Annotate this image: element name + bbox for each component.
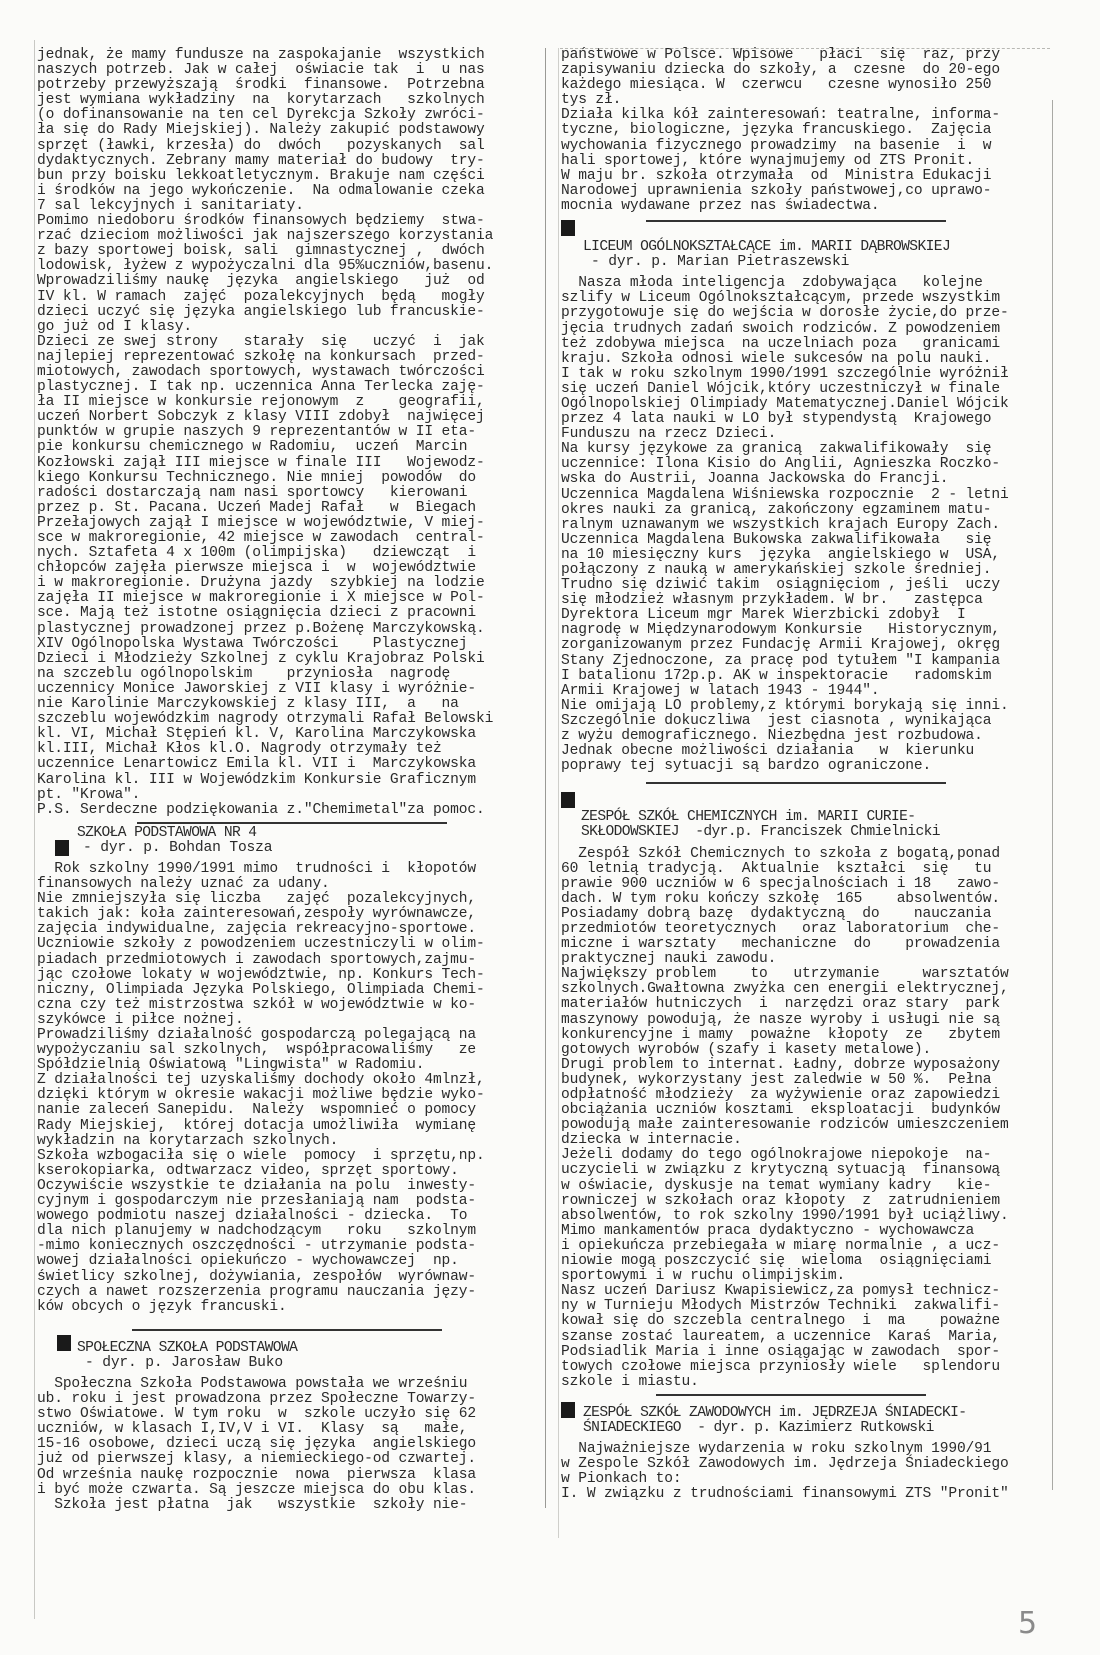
text-line: nanie zaleceń Sanepidu. Należy wspomnieć… <box>37 1103 532 1118</box>
text-line: świetlicy szkolnej, dożywiania, zespołów… <box>37 1270 532 1285</box>
text-line: powodują małe zainteresowanie rodziców u… <box>561 1118 1071 1133</box>
text-line: uczeń Norbert Sobczyk z klasy VIII zdoby… <box>37 410 532 425</box>
text-line: tyczne, biologiczne, języka francuskiego… <box>561 123 1071 138</box>
text-line: na szczeblu ogólnopolskim przyniosła nag… <box>37 667 532 682</box>
section-separator <box>132 1329 442 1331</box>
text-line: przedmiotów teoretycznych oraz laborator… <box>561 922 1071 937</box>
text-line: Dyrektora Liceum mgr Marek Wierzbicki zd… <box>561 608 1071 623</box>
section-director: - dyr. p. Bohdan Tosza <box>37 841 532 856</box>
section-separator <box>656 1394 926 1396</box>
text-line: kl. VI, Michał Stępień kl. V, Karolina M… <box>37 727 532 742</box>
column-divider <box>545 48 546 1508</box>
text-line: 60 letnią tradycją. Aktualnie kształci s… <box>561 862 1071 877</box>
text-line: Najważniejsze wydarzenia w roku szkolnym… <box>561 1442 1071 1457</box>
section-title: ZESPÓŁ SZKÓŁ CHEMICZNYCH im. MARII CURIE… <box>561 810 1071 825</box>
text-line: Jeżeli dodamy do tego ogólnokrajowe niep… <box>561 1148 1071 1163</box>
column-divider-secondary <box>558 48 559 1538</box>
text-line: sprzęt (ławki, krzesła) do dwóch pozyska… <box>37 139 532 154</box>
text-line: jest wymiana wykładziny na korytarzach s… <box>37 93 532 108</box>
text-line: szczeblu wojewódzkim nagrody otrzymali R… <box>37 712 532 727</box>
text-line: wska do Austrii, Joanna Jackowska do Fra… <box>561 472 1071 487</box>
text-line: Trudno się dziwić takim osiągnięciom , j… <box>561 578 1071 593</box>
text-line: Szkoła wzbogaciła się o wiele pomocy i s… <box>37 1149 532 1164</box>
text-line: zapisywaniu dziecka do szkoły, a czesne … <box>561 63 1071 78</box>
section-bullet-icon <box>561 220 575 236</box>
text-line: Szczególnie dokuczliwa jest ciasnota , w… <box>561 714 1071 729</box>
text-line: Prowadziliśmy działalność gospodarczą po… <box>37 1028 532 1043</box>
text-line: piadach przedmiotowych i zawodach sporto… <box>37 953 532 968</box>
text-line: dach. W tym roku kończy szkołę 165 absol… <box>561 892 1071 907</box>
text-line: kiego Konkursu Technicznego. Nie mniej p… <box>37 471 532 486</box>
text-line: Uczniowie szkoły z powodzeniem uczestnic… <box>37 937 532 952</box>
text-line: materiałów hutniczych i narzędzi oraz st… <box>561 997 1071 1012</box>
text-line: plastycznej. I tak np. uczennica Anna Te… <box>37 380 532 395</box>
text-line: gotowych wyrobów (szafy i kasety metalow… <box>561 1043 1071 1058</box>
text-line: prawie 900 uczniów w 6 specjalnościach i… <box>561 877 1071 892</box>
text-line: ub. roku i jest prowadzona przez Społecz… <box>37 1392 532 1407</box>
text-line: finansowych należy uznać za udany. <box>37 877 532 892</box>
section-bullet-icon <box>561 1402 575 1418</box>
text-line: Uczennica Magdalena Bukowska zakwalifiko… <box>561 533 1071 548</box>
section-title-continued: ŚNIADECKIEGO - dyr. p. Kazimierz Rutkows… <box>561 1421 1071 1436</box>
text-line: dla nich planujemy w nadchodzącym roku s… <box>37 1224 532 1239</box>
text-line: konkurencyjne i mamy poważne kłopoty ze … <box>561 1028 1071 1043</box>
text-line: dzieci uczyć się języka angielskiego lub… <box>37 305 532 320</box>
text-line: odpłatność młodzieży za wyżywienie oraz … <box>561 1088 1071 1103</box>
text-line: Dzieci ze swej strony starały się uczyć … <box>37 335 532 350</box>
section-header-ssp: SPOŁECZNA SZKOŁA PODSTAWOWA - dyr. p. Ja… <box>37 1341 532 1371</box>
text-line: I batalionu 172p.p. AK w inspektoracie r… <box>561 669 1071 684</box>
text-line: i w makroregionie. Drużyna jazdy szybkie… <box>37 576 532 591</box>
text-line: Działa kilka kół zainteresowań: teatraln… <box>561 108 1071 123</box>
text-line: nagrodę w Międzynarodowym Konkursie Hist… <box>561 623 1071 638</box>
text-line: miczne i warsztaty mechaniczne do prowad… <box>561 937 1071 952</box>
text-line: I. W związku z trudnościami finansowymi … <box>561 1487 1071 1502</box>
text-line: go już od I klasy. <box>37 320 532 335</box>
text-line: ralnym uznawanym we wszystkich krajach E… <box>561 518 1071 533</box>
section-bullet-icon <box>55 840 69 856</box>
text-line: dziecka w internacie. <box>561 1133 1071 1148</box>
text-line: dydaktycznych. Zebrany mamy materiał do … <box>37 154 532 169</box>
text-line: Spółdzielnią Oświatową "Lingwista" w Rad… <box>37 1058 532 1073</box>
section-title-continued: SKŁODOWSKIEJ -dyr.p. Franciszek Chmielni… <box>561 825 1071 840</box>
text-line: szkolnych.Gwałtowna zwyżka cen energii e… <box>561 982 1071 997</box>
text-line: rowniczej w szkołach oraz kłopoty z zatr… <box>561 1194 1071 1209</box>
text-line: sce. Mają też istotne osiągnięcia dzieci… <box>37 606 532 621</box>
text-line: już od pierwszej klasy, a niemieckiego-o… <box>37 1452 532 1467</box>
text-line: sportowymi i w ruchu olimpijskim. <box>561 1269 1071 1284</box>
text-line: takich jak: koła zainteresowań,zespoły w… <box>37 907 532 922</box>
text-line: -mimo koniecznych oszczędności - utrzyma… <box>37 1239 532 1254</box>
text-line: ła II miejsce w konkursie rejonowym z ge… <box>37 395 532 410</box>
text-line: Nasza młoda inteligencja zdobywająca kol… <box>561 276 1071 291</box>
text-line: wykładzin na korytarzach szkolnych. <box>37 1134 532 1149</box>
text-line: najlepiej reprezentować szkołę na konkur… <box>37 350 532 365</box>
text-line: Narodowej uprawnienia szkoły państwowej,… <box>561 184 1071 199</box>
text-line: okres nauki za granicą, zakończony egzam… <box>561 503 1071 518</box>
text-line: Drugi problem to internat. Ładny, dobrze… <box>561 1058 1071 1073</box>
text-line: Ogólnopolskiej Olimpiady Matematycznej.D… <box>561 397 1071 412</box>
left-intro-text: jednak, że mamy fundusze na zaspokajanie… <box>37 48 532 818</box>
text-line: tys zł. <box>561 93 1071 108</box>
section-bullet-icon <box>57 1335 71 1351</box>
text-line: i opiekuńcza przebiegała w miarę normaln… <box>561 1239 1071 1254</box>
text-line: Zespół Szkół Chemicznych to szkoła z bog… <box>561 847 1071 862</box>
text-line: Kozłowski zajął III miejsce w finale III… <box>37 456 532 471</box>
text-line: bun przy boisku lekkoatletycznym. Brakuj… <box>37 169 532 184</box>
text-line: uczennice: Ilona Kisio do Anglii, Agnies… <box>561 457 1071 472</box>
text-line: naszych potrzeb. Jak w całej oświacie ta… <box>37 63 532 78</box>
text-line: dzięki którym w okresie wakacji możliwe … <box>37 1088 532 1103</box>
text-line: kował się do szczebla centralnego i ma p… <box>561 1314 1071 1329</box>
text-line: pie konkursu chemicznego w Radomiu, ucze… <box>37 440 532 455</box>
text-line: z wyżu demograficznego. Niezbędna jest r… <box>561 729 1071 744</box>
text-line: nie Karolinie Marczykowskiej z klasy III… <box>37 697 532 712</box>
text-line: każdego miesiąca. W czerwcu czesne wynos… <box>561 78 1071 93</box>
text-line: cyjnym i gospodarczym nie przesłaniają n… <box>37 1194 532 1209</box>
text-line: radości dostarczają nam nasi sportowcy k… <box>37 486 532 501</box>
text-line: się młodzież własnym przykładem. W br. z… <box>561 593 1071 608</box>
text-line: punktów w grupie naszych 9 reprezentantó… <box>37 425 532 440</box>
text-line: absolwentów, to rok szkolny 1990/1991 by… <box>561 1209 1071 1224</box>
text-line: zorganizowanym przez Fundację Armii Kraj… <box>561 638 1071 653</box>
text-line: lodowisk, łyżew z wypożyczalni dla 95%uc… <box>37 259 532 274</box>
text-line: Szkoła jest płatna jak wszystkie szkoły … <box>37 1498 532 1513</box>
text-line: Społeczna Szkoła Podstawowa powstała we … <box>37 1377 532 1392</box>
text-line: chłopców zajęła pierwsze miejsca i w woj… <box>37 561 532 576</box>
section-body-zsch: Zespół Szkół Chemicznych to szkoła z bog… <box>561 847 1071 1390</box>
text-line: przez 4 lata nauki w LO był stypendystą … <box>561 412 1071 427</box>
section-title: SPOŁECZNA SZKOŁA PODSTAWOWA <box>37 1341 532 1356</box>
text-line: Wprowadziliśmy naukę języka angielskiego… <box>37 274 532 289</box>
text-line: szkole i miastu. <box>561 1375 1071 1390</box>
text-line: potrzeby przewyższają środki finansowe. … <box>37 78 532 93</box>
text-line: stwo Oświatowe. W tym roku w szkole uczy… <box>37 1407 532 1422</box>
text-line: Rok szkolny 1990/1991 mimo trudności i k… <box>37 862 532 877</box>
text-line: Nie zmniejszyła się liczba zajęć pozalek… <box>37 892 532 907</box>
section-header-zsz: ZESPÓŁ SZKÓŁ ZAWODOWYCH im. JĘDRZEJA ŚNI… <box>561 1394 1071 1436</box>
text-line: obciążania uczniów kosztami eksploatacji… <box>561 1103 1071 1118</box>
text-line: Stany Zjednoczone, za pracę pod tytułem … <box>561 654 1071 669</box>
text-line: szlify w Liceum Ogólnokształcącym, przed… <box>561 291 1071 306</box>
text-line: uczycieli w związku z krytyczną sytuacją… <box>561 1163 1071 1178</box>
text-line: i być może czwarta. Są jeszcze miejsca d… <box>37 1483 532 1498</box>
text-line: budynek, wykorzystany jest zaledwie w 50… <box>561 1073 1071 1088</box>
text-line: W maju br. szkoła otrzymała od Ministra … <box>561 169 1071 184</box>
text-line: połączony z nauką w amerykańskiej szkole… <box>561 563 1071 578</box>
left-margin-line <box>34 40 35 1619</box>
text-line: jęcia trudnych zadań swoich rodziców. Z … <box>561 322 1071 337</box>
text-line: niczny, Olimpiada Języka Polskiego, Olim… <box>37 983 532 998</box>
text-line: niowie mogą poszczycić się wieloma osiąg… <box>561 1254 1071 1269</box>
text-line: w Pionkach to: <box>561 1472 1071 1487</box>
section-title: SZKOŁA PODSTAWOWA NR 4 <box>37 826 532 841</box>
text-line: uczennice Lenartowicz Emila kl. VII i Ma… <box>37 757 532 772</box>
section-body-zsz: Najważniejsze wydarzenia w roku szkolnym… <box>561 1442 1071 1502</box>
text-line: w oświacie, dyskusje na temat wymiany ka… <box>561 1179 1071 1194</box>
text-line: Nasz uczeń Dariusz Kwapisiewicz,za pomys… <box>561 1284 1071 1299</box>
text-line: wowej działalności opiekuńczo - wychowaw… <box>37 1254 532 1269</box>
text-line: szykówce i piłce nożnej. <box>37 1013 532 1028</box>
text-line: towych czołowe miejsca przyniosły wiele … <box>561 1360 1071 1375</box>
text-line: przez p. St. Pacana. Uczeń Madej Rafał w… <box>37 501 532 516</box>
text-line: plastycznej prowadzonej przez p.Bożenę M… <box>37 622 532 637</box>
text-line: (o dofinansowanie na ten cel Dyrekcja Sz… <box>37 108 532 123</box>
text-line: Oczywiście wszystkie te działania na pol… <box>37 1179 532 1194</box>
text-line: Największy problem to utrzymanie warszta… <box>561 967 1071 982</box>
text-line: szanse zostać laureatem, a uczennice Kar… <box>561 1330 1071 1345</box>
text-line: kl.III, Michał Kłos kl.O. Nagrody otrzym… <box>37 742 532 757</box>
text-line: Rady Miejskiej, której dotacja umożliwił… <box>37 1119 532 1134</box>
text-line: wychowania fizycznego prowadzimy na base… <box>561 139 1071 154</box>
text-line: z bazy sportowej boisk, sali gimnastyczn… <box>37 244 532 259</box>
text-line: jąc czołowe lokaty w województwie, np. K… <box>37 968 532 983</box>
text-line: Dzieci i Młodzieży Szkolnej z cyklu Kraj… <box>37 652 532 667</box>
text-line: Od września naukę rozpocznie nowa pierws… <box>37 1468 532 1483</box>
text-line: rzać dzieciom możliwości jak najszerszeg… <box>37 229 532 244</box>
text-line: na 10 miesięczny kurs języka angielskieg… <box>561 548 1071 563</box>
text-line: Nie omijają LO problemy,z którymi boryka… <box>561 699 1071 714</box>
text-line: Uczennica Magdalena Wiśniewska rozpoczni… <box>561 488 1071 503</box>
text-line: uczennicy Monice Jaworskiej z VII klasy … <box>37 682 532 697</box>
text-line: ła się do Rady Miejskiej). Należy zakupi… <box>37 123 532 138</box>
text-line: zajęcia indywidualne, zajęcia rekreacyjn… <box>37 922 532 937</box>
text-line: Pomimo niedoboru środków finansowych będ… <box>37 214 532 229</box>
text-line: maszynowy powodują, że nasze wyroby i us… <box>561 1013 1071 1028</box>
section-separator <box>646 782 946 784</box>
text-line: XIV Ogólnopolska Wystawa Twórczości Plas… <box>37 637 532 652</box>
text-line: praktycznej nauki zawodu. <box>561 952 1071 967</box>
text-line: też zdobywa miejsca na uczelniach poza g… <box>561 337 1071 352</box>
text-line: się uczeń Daniel Wójcik,który uczestnicz… <box>561 382 1071 397</box>
section-body-lo: Nasza młoda inteligencja zdobywająca kol… <box>561 276 1071 774</box>
section-body-sp4: Rok szkolny 1990/1991 mimo trudności i k… <box>37 862 532 1315</box>
text-line: jednak, że mamy fundusze na zaspokajanie… <box>37 48 532 63</box>
text-line: wypożyczaniu sal szkolnych, współpracowa… <box>37 1043 532 1058</box>
text-line: zajęła II miejsce w makroregionie i X mi… <box>37 591 532 606</box>
text-line: ków obcych o język francuski. <box>37 1300 532 1315</box>
section-separator <box>137 822 447 824</box>
text-line: Podsiadlik Maria i inne osiągając w zawo… <box>561 1345 1071 1360</box>
text-line: czna czy też mistrzostwa szkół w wojewód… <box>37 998 532 1013</box>
text-line: Funduszu na rzecz Dzieci. <box>561 427 1071 442</box>
text-line: mocnia wydawane przez nas świadectwa. <box>561 199 1071 214</box>
text-line: nych. Sztafeta 4 x 100m (olimpijska) dzi… <box>37 546 532 561</box>
text-line: Posiadamy dobrą bazę dydaktyczną do nauc… <box>561 907 1071 922</box>
text-line: hali sportowej, które wynajmujemy od ZTS… <box>561 154 1071 169</box>
section-separator <box>646 220 946 222</box>
section-header-lo: LICEUM OGÓLNOKSZTAŁCĄCE im. MARII DĄBROW… <box>561 220 1071 270</box>
section-director: - dyr. p. Marian Pietraszewski <box>561 255 1071 270</box>
section-header-sp4: SZKOŁA PODSTAWOWA NR 4 - dyr. p. Bohdan … <box>37 826 532 856</box>
section-header-zsch: ZESPÓŁ SZKÓŁ CHEMICZNYCH im. MARII CURIE… <box>561 782 1071 840</box>
text-line: wowego podmiotu naszej działalności - dz… <box>37 1209 532 1224</box>
text-line: pt. "Krowa". <box>37 788 532 803</box>
text-line: Mimo mankamentów praca dydaktyczno - wyc… <box>561 1224 1071 1239</box>
text-line: poprawy tej sytuacji są bardzo ograniczo… <box>561 759 1071 774</box>
text-line: Armii Krajowej w latach 1943 - 1944". <box>561 684 1071 699</box>
text-line: Z działalności tej uzyskaliśmy dochody o… <box>37 1073 532 1088</box>
text-line: sce w makroregionie, 42 miejsce w zawoda… <box>37 531 532 546</box>
text-line: Na kursy językowe za granicą zakwalifiko… <box>561 442 1071 457</box>
section-title: ZESPÓŁ SZKÓŁ ZAWODOWYCH im. JĘDRZEJA ŚNI… <box>561 1406 1071 1421</box>
text-line: przygotowuje się do wejścia w dorosłe ży… <box>561 306 1071 321</box>
right-column: państwowe w Polsce. Wpisowe płaci się ra… <box>561 48 1071 1502</box>
section-body-ssp: Społeczna Szkoła Podstawowa powstała we … <box>37 1377 532 1513</box>
text-line: i środków na jego wykończenie. Na odmalo… <box>37 184 532 199</box>
text-line: w Zespole Szkół Zawodowych im. Jędrzeja … <box>561 1457 1071 1472</box>
text-line: miotowych, zawodach sportowych, wystawac… <box>37 365 532 380</box>
text-line: Przełajowych zajął I miejsce w województ… <box>37 516 532 531</box>
text-line: uczniów, w klasach I,IV,V i VI. Klasy są… <box>37 1422 532 1437</box>
text-line: kserokopiarka, odtwarzacz video, sprzęt … <box>37 1164 532 1179</box>
text-line: ny w Turnieju Młodych Mistrzów Techniki … <box>561 1299 1071 1314</box>
text-line: P.S. Serdeczne podziękowania z."Chemimet… <box>37 803 532 818</box>
text-line: 15-16 osobowe, dzieci uczą się języka an… <box>37 1437 532 1452</box>
section-title: LICEUM OGÓLNOKSZTAŁCĄCE im. MARII DĄBROW… <box>561 240 1071 255</box>
section-director: - dyr. p. Jarosław Buko <box>37 1356 532 1371</box>
text-line: Jednak obecne możliwości działania w kie… <box>561 744 1071 759</box>
text-line: 7 sal lekcyjnych i sanitariaty. <box>37 199 532 214</box>
page-number: 5 <box>1018 1606 1037 1641</box>
left-column: jednak, że mamy fundusze na zaspokajanie… <box>37 48 532 1513</box>
text-line: Karolina kl. III w Wojewódzkim Konkursie… <box>37 773 532 788</box>
text-line: czych a nawet rozszerzenia programu nauc… <box>37 1285 532 1300</box>
right-intro-text: państwowe w Polsce. Wpisowe płaci się ra… <box>561 48 1071 214</box>
text-line: państwowe w Polsce. Wpisowe płaci się ra… <box>561 48 1071 63</box>
text-line: kraju. Szkoła odnosi wiele sukcesów na p… <box>561 352 1071 367</box>
section-bullet-icon <box>561 792 575 808</box>
text-line: I tak w roku szkolnym 1990/1991 szczegól… <box>561 367 1071 382</box>
text-line: IV kl. W ramach zajęć pozalekcyjnych będ… <box>37 290 532 305</box>
